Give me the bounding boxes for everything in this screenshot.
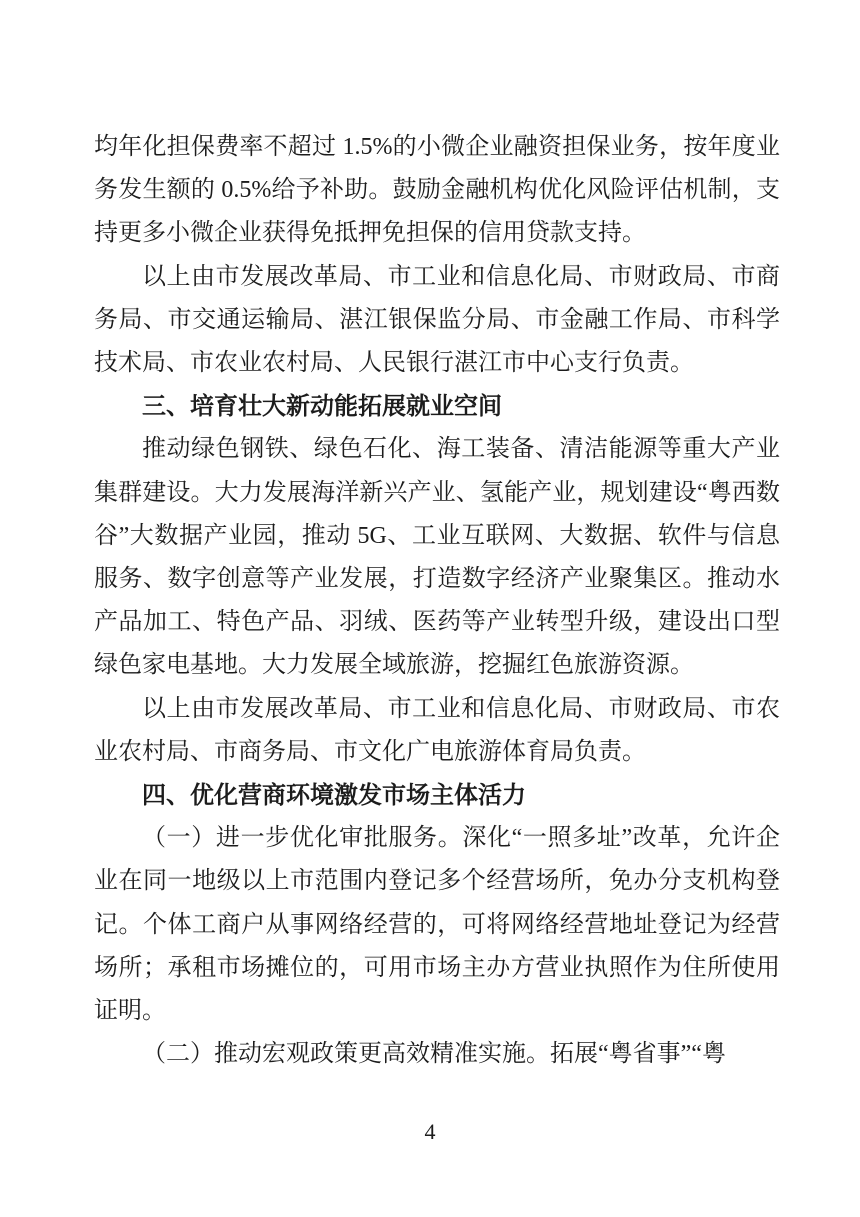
body-paragraph: 以上由市发展改革局、市工业和信息化局、市财政局、市农业农村局、市商务局、市文化广… [94,688,780,774]
body-paragraph: 均年化担保费率不超过 1.5%的小微企业融资担保业务，按年度业务发生额的 0.5… [94,126,780,256]
body-paragraph: 推动绿色钢铁、绿色石化、海工装备、清洁能源等重大产业集群建设。大力发展海洋新兴产… [94,428,780,687]
document-page: 均年化担保费率不超过 1.5%的小微企业融资担保业务，按年度业务发生额的 0.5… [0,0,860,1217]
body-paragraph: 以上由市发展改革局、市工业和信息化局、市财政局、市商务局、市交通运输局、湛江银保… [94,256,780,386]
body-paragraph: （一）进一步优化审批服务。深化“一照多址”改革，允许企业在同一地级以上市范围内登… [94,817,780,1033]
page-number: 4 [0,1118,860,1146]
body-paragraph: （二）推动宏观政策更高效精准实施。拓展“粤省事”“粤 [94,1033,780,1076]
document-body: 均年化担保费率不超过 1.5%的小微企业融资担保业务，按年度业务发生额的 0.5… [94,126,780,1076]
section-heading: 四、优化营商环境激发市场主体活力 [94,774,780,817]
section-heading: 三、培育壮大新动能拓展就业空间 [94,385,780,428]
